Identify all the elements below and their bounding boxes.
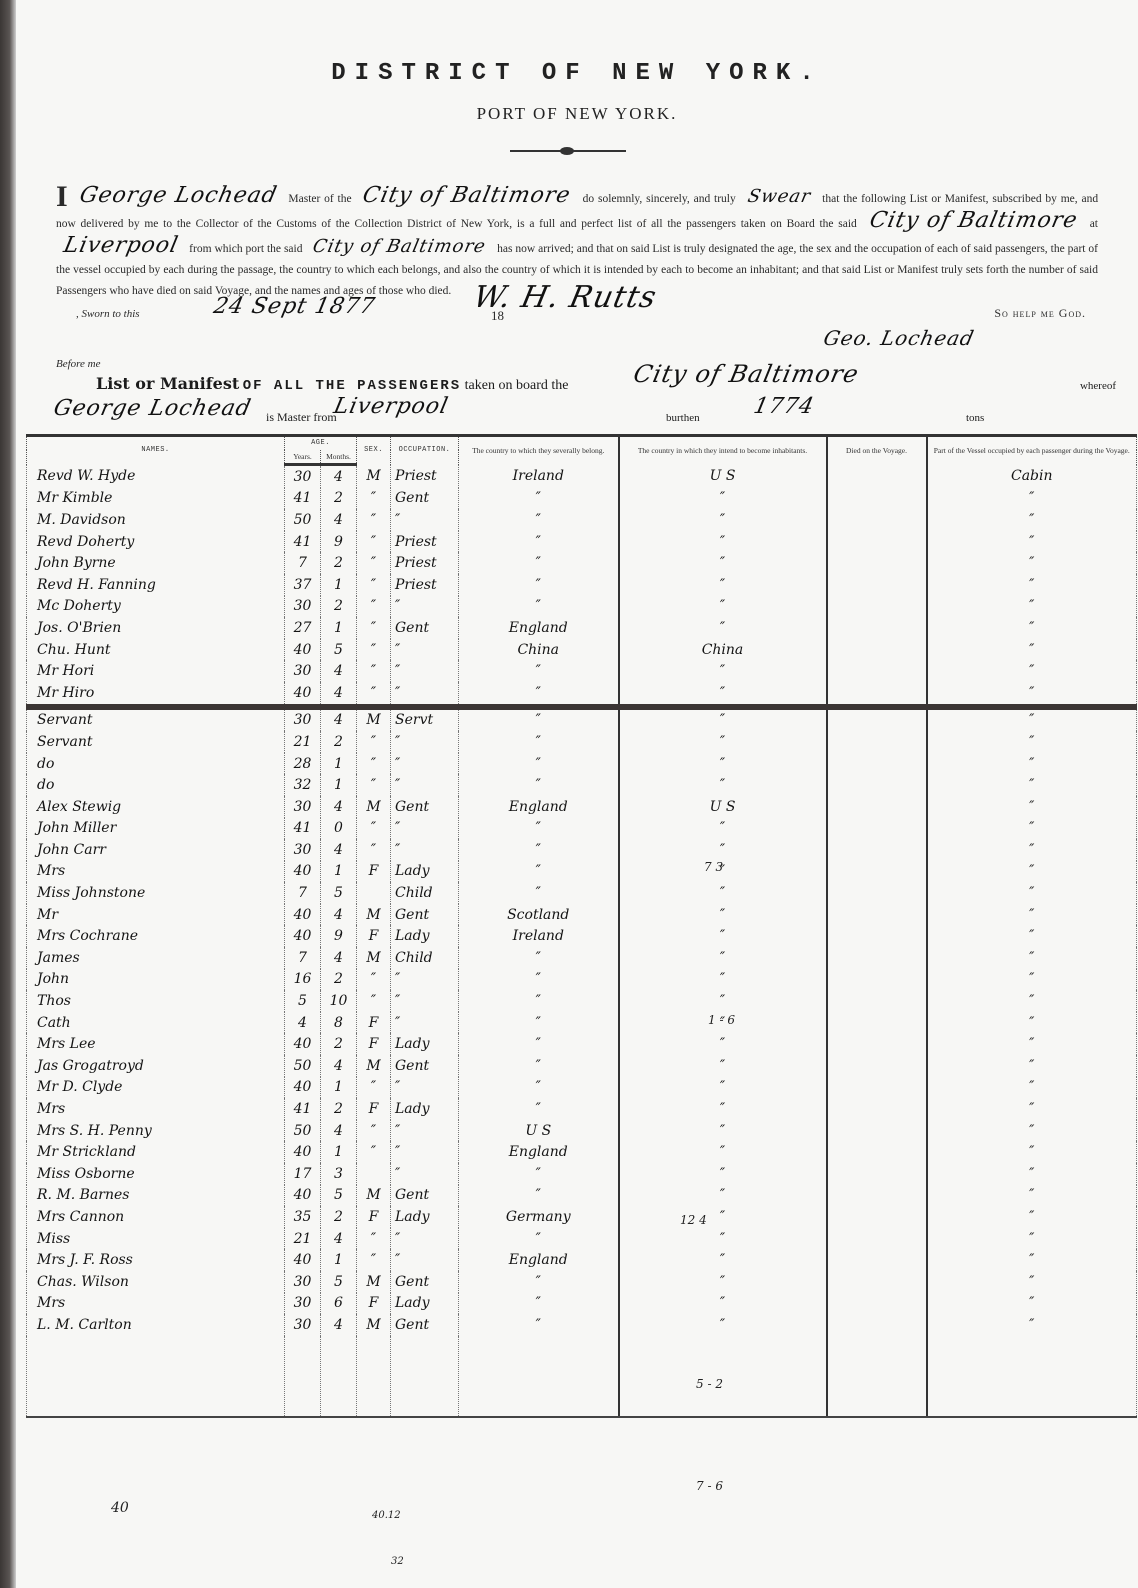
occupation-cell: ″ [391, 1012, 459, 1034]
ship-name-handwritten: City of Baltimore [353, 185, 581, 206]
age-years-cell: 21 [285, 731, 321, 753]
blank-cell [285, 1336, 321, 1417]
occupation-cell: Lady [391, 1033, 459, 1055]
passenger-name-cell: Miss Osborne [27, 1163, 285, 1185]
port-handwritten: Liverpool [323, 394, 459, 419]
age-years-cell: 30 [285, 1293, 321, 1315]
country-inhabit-cell: ″ [619, 1033, 827, 1055]
sex-cell: M [357, 904, 391, 926]
vessel-part-cell: ″ [927, 1077, 1137, 1099]
vessel-part-cell: ″ [927, 1098, 1137, 1120]
sex-cell: F [357, 1012, 391, 1034]
vessel-part-cell: ″ [927, 731, 1137, 753]
occupation-cell: ″ [391, 818, 459, 840]
occupation-cell: ″ [391, 639, 459, 661]
sex-cell: ″ [357, 552, 391, 574]
age-years-cell: 50 [285, 1120, 321, 1142]
total-annotation: 40 [111, 1500, 129, 1516]
country-belong-cell: England [459, 1249, 619, 1271]
table-row: Mr Kimble412″Gent″″″ [27, 488, 1137, 510]
age-months-cell: 1 [321, 1141, 357, 1163]
vessel-part-cell: ″ [927, 882, 1137, 904]
age-months-cell: 3 [321, 1163, 357, 1185]
country-inhabit-cell: ″ [619, 753, 827, 775]
vessel-part-cell: ″ [927, 1206, 1137, 1228]
country-belong-cell: ″ [459, 969, 619, 991]
passenger-name-cell: Mrs Lee [27, 1033, 285, 1055]
table-row: do281″″″″″ [27, 753, 1137, 775]
age-months-cell: 9 [321, 925, 357, 947]
passenger-rows: Revd W. Hyde304MPriestIrelandU SCabinMr … [27, 465, 1137, 1417]
table-row: L. M. Carlton304MGent″″″ [27, 1314, 1137, 1336]
age-months-cell: 4 [321, 682, 357, 707]
passenger-name-cell: M. Davidson [27, 509, 285, 531]
occupation-cell: Lady [391, 1098, 459, 1120]
vessel-part-cell: ″ [927, 969, 1137, 991]
age-months-cell: 5 [321, 1271, 357, 1293]
sex-cell: M [357, 947, 391, 969]
country-inhabit-cell: ″ [619, 882, 827, 904]
vessel-part-cell: ″ [927, 660, 1137, 682]
country-inhabit-cell: ″ [619, 1163, 827, 1185]
age-years-cell: 30 [285, 1271, 321, 1293]
passenger-name-cell: Jas Grogatroyd [27, 1055, 285, 1077]
age-months-cell: 2 [321, 1098, 357, 1120]
sex-cell: ″ [357, 1077, 391, 1099]
country-belong-cell: ″ [459, 882, 619, 904]
passenger-name-cell: Mrs [27, 1293, 285, 1315]
died-on-voyage-cell [827, 639, 927, 661]
sex-cell: M [357, 1271, 391, 1293]
passenger-name-cell: Revd H. Fanning [27, 574, 285, 596]
master-name-handwritten: George Lochead [43, 396, 261, 421]
table-row: John162″″″″″ [27, 969, 1137, 991]
vessel-part-cell: ″ [927, 1120, 1137, 1142]
passenger-name-cell: Mrs J. F. Ross [27, 1249, 285, 1271]
country-inhabit-cell: ″ [619, 818, 827, 840]
country-belong-cell: ″ [459, 1163, 619, 1185]
passenger-name-cell: John Carr [27, 839, 285, 861]
table-row: do321″″″″″ [27, 774, 1137, 796]
departure-port-handwritten: Liverpool [54, 235, 189, 256]
manifest-heading-tail: taken on board the [465, 378, 569, 393]
age-months-cell: 1 [321, 861, 357, 883]
age-years-cell: 7 [285, 552, 321, 574]
country-belong-cell: ″ [459, 947, 619, 969]
table-row: Mr Hori304″″″″″ [27, 660, 1137, 682]
passenger-name-cell: Mr Strickland [27, 1141, 285, 1163]
country-inhabit-cell: ″ [619, 990, 827, 1012]
table-row: M. Davidson504″″″″″ [27, 509, 1137, 531]
age-months-cell: 4 [321, 839, 357, 861]
oath-initial: I [56, 180, 68, 213]
country-inhabit-cell: ″ [619, 1293, 827, 1315]
age-months-cell: 6 [321, 1293, 357, 1315]
died-on-voyage-cell [827, 904, 927, 926]
vessel-part-cell: Cabin [927, 465, 1137, 488]
age-months-cell: 5 [321, 882, 357, 904]
died-on-voyage-cell [827, 731, 927, 753]
occupation-cell: ″ [391, 1228, 459, 1250]
country-inhabit-cell: ″ [619, 904, 827, 926]
passenger-name-cell: L. M. Carlton [27, 1314, 285, 1336]
vessel-part-cell: ″ [927, 1055, 1137, 1077]
died-on-voyage-cell [827, 1206, 927, 1228]
sex-cell: ″ [357, 488, 391, 510]
sex-cell [357, 1163, 391, 1185]
age-months-cell: 4 [321, 947, 357, 969]
table-row: Jos. O'Brien271″GentEngland″″ [27, 617, 1137, 639]
country-inhabit-cell: ″ [619, 1098, 827, 1120]
died-on-voyage-cell [827, 1141, 927, 1163]
passenger-name-cell: Mr [27, 904, 285, 926]
sex-cell: ″ [357, 774, 391, 796]
vessel-part-cell: ″ [927, 707, 1137, 732]
passenger-name-cell: Cath [27, 1012, 285, 1034]
vessel-part-cell: ″ [927, 1314, 1137, 1336]
passenger-name-cell: Servant [27, 731, 285, 753]
died-on-voyage-cell [827, 774, 927, 796]
country-belong-cell: Scotland [459, 904, 619, 926]
passenger-name-cell: John Byrne [27, 552, 285, 574]
closing-phrase: So help me God. [994, 306, 1086, 321]
country-inhabit-cell: ″ [619, 1141, 827, 1163]
died-on-voyage-cell [827, 488, 927, 510]
age-months-cell: 1 [321, 774, 357, 796]
occupation-cell: ″ [391, 1077, 459, 1099]
age-years-cell: 32 [285, 774, 321, 796]
died-on-voyage-cell [827, 1249, 927, 1271]
country-belong-cell: ″ [459, 839, 619, 861]
country-belong-cell: England [459, 1141, 619, 1163]
country-inhabit-cell: ″ [619, 488, 827, 510]
col-country-inhabit: The country in which they intend to beco… [619, 436, 827, 465]
col-country-belong: The country to which they severally belo… [459, 436, 619, 465]
country-inhabit-cell: China [619, 639, 827, 661]
occupation-cell: Child [391, 882, 459, 904]
occupation-cell: ″ [391, 1141, 459, 1163]
blank-row [27, 1336, 1137, 1417]
vessel-part-cell: ″ [927, 596, 1137, 618]
vessel-part-cell: ″ [927, 617, 1137, 639]
occupation-cell: ″ [391, 682, 459, 707]
occupation-cell: ″ [391, 1249, 459, 1271]
passenger-name-cell: Alex Stewig [27, 796, 285, 818]
blank-cell [27, 1336, 285, 1417]
died-on-voyage-cell [827, 596, 927, 618]
age-months-cell: 1 [321, 617, 357, 639]
sex-cell: ″ [357, 1249, 391, 1271]
passenger-name-cell: Mrs [27, 1098, 285, 1120]
occupation-cell: ″ [391, 839, 459, 861]
age-months-cell: 1 [321, 1077, 357, 1099]
country-inhabit-cell: ″ [619, 1314, 827, 1336]
sex-cell: F [357, 1206, 391, 1228]
table-row: Miss Johnstone75Child″″″ [27, 882, 1137, 904]
passenger-name-cell: Miss [27, 1228, 285, 1250]
manifest-heading-gothic: List or Manifest [96, 374, 239, 393]
passenger-name-cell: Jos. O'Brien [27, 617, 285, 639]
country-belong-cell: ″ [459, 707, 619, 732]
country-belong-cell: ″ [459, 1055, 619, 1077]
country-belong-cell: ″ [459, 1228, 619, 1250]
country-inhabit-cell: ″ [619, 574, 827, 596]
blank-cell [321, 1336, 357, 1417]
died-on-voyage-cell [827, 1314, 927, 1336]
died-on-voyage-cell [827, 1185, 927, 1207]
passenger-name-cell: Mr Hiro [27, 682, 285, 707]
occupation-cell: ″ [391, 1163, 459, 1185]
table-row: Revd W. Hyde304MPriestIrelandU SCabin [27, 465, 1137, 488]
died-on-voyage-cell [827, 753, 927, 775]
country-belong-cell: Germany [459, 1206, 619, 1228]
died-on-voyage-cell [827, 1228, 927, 1250]
age-months-cell: 4 [321, 1314, 357, 1336]
country-inhabit-cell: U S [619, 465, 827, 488]
country-inhabit-cell: ″ [619, 552, 827, 574]
died-on-voyage-cell [827, 969, 927, 991]
country-belong-cell: ″ [459, 1314, 619, 1336]
age-years-cell: 40 [285, 1185, 321, 1207]
col-names: NAMES. [27, 436, 285, 465]
vessel-part-cell: ″ [927, 1141, 1137, 1163]
age-months-cell: 8 [321, 1012, 357, 1034]
table-row: Mr Strickland401″″England″″ [27, 1141, 1137, 1163]
blank-cell [827, 1336, 927, 1417]
col-sex: SEX. [357, 436, 391, 465]
table-row: Thos510″″″″″ [27, 990, 1137, 1012]
vessel-part-cell: ″ [927, 990, 1137, 1012]
country-belong-cell: ″ [459, 552, 619, 574]
passenger-name-cell: do [27, 774, 285, 796]
vessel-part-cell: ″ [927, 947, 1137, 969]
age-years-cell: 30 [285, 465, 321, 488]
vessel-part-cell: ″ [927, 904, 1137, 926]
sex-cell: ″ [357, 839, 391, 861]
passenger-table: NAMES. AGE. SEX. OCCUPATION. The country… [26, 434, 1137, 1418]
occupation-cell: Gent [391, 1185, 459, 1207]
table-row: Servant212″″″″″ [27, 731, 1137, 753]
col-age: AGE. [285, 436, 357, 451]
age-years-cell: 41 [285, 488, 321, 510]
age-years-cell: 40 [285, 1141, 321, 1163]
table-row: Mr D. Clyde401″″″″″ [27, 1077, 1137, 1099]
col-months: Months. [321, 450, 357, 465]
country-inhabit-cell: ″ [619, 969, 827, 991]
age-years-cell: 37 [285, 574, 321, 596]
passenger-name-cell: do [27, 753, 285, 775]
age-months-cell: 2 [321, 552, 357, 574]
country-inhabit-cell: ″ [619, 774, 827, 796]
occupation-cell: Priest [391, 574, 459, 596]
table-row: Revd H. Fanning371″Priest″″″ [27, 574, 1137, 596]
occupation-cell: Child [391, 947, 459, 969]
country-inhabit-cell: ″ [619, 1206, 827, 1228]
occupation-cell: Priest [391, 465, 459, 488]
table-row: Mrs J. F. Ross401″″England″″ [27, 1249, 1137, 1271]
died-on-voyage-cell [827, 1120, 927, 1142]
age-months-cell: 4 [321, 660, 357, 682]
country-belong-cell: ″ [459, 660, 619, 682]
vessel-part-cell: ″ [927, 639, 1137, 661]
sex-cell: ″ [357, 509, 391, 531]
passenger-name-cell: Mc Doherty [27, 596, 285, 618]
country-inhabit-cell: ″ [619, 1249, 827, 1271]
passenger-name-cell: Mrs [27, 861, 285, 883]
died-on-voyage-cell [827, 682, 927, 707]
table-row: John Miller410″″″″″ [27, 818, 1137, 840]
died-on-voyage-cell [827, 818, 927, 840]
country-inhabit-cell: ″ [619, 1271, 827, 1293]
passenger-name-cell: John Miller [27, 818, 285, 840]
age-years-cell: 35 [285, 1206, 321, 1228]
age-years-cell: 27 [285, 617, 321, 639]
age-months-cell: 2 [321, 488, 357, 510]
table-row: Alex Stewig304MGentEnglandU S″ [27, 796, 1137, 818]
died-on-voyage-cell [827, 1098, 927, 1120]
age-months-cell: 4 [321, 1228, 357, 1250]
document-subtitle: PORT OF NEW YORK. [16, 104, 1138, 124]
oath-text: at [1090, 218, 1098, 230]
occupation-cell: Lady [391, 1293, 459, 1315]
age-months-cell: 1 [321, 1249, 357, 1271]
country-inhabit-cell: ″ [619, 617, 827, 639]
whereof-label: whereof [1080, 380, 1116, 392]
table-row: Mr404MGentScotland″″ [27, 904, 1137, 926]
died-on-voyage-cell [827, 1012, 927, 1034]
occupation-cell: Gent [391, 1271, 459, 1293]
margin-mark: 7 - 6 [696, 1479, 723, 1493]
age-years-cell: 40 [285, 904, 321, 926]
country-belong-cell: Ireland [459, 465, 619, 488]
passenger-name-cell: Thos [27, 990, 285, 1012]
sex-cell: M [357, 465, 391, 488]
country-belong-cell: ″ [459, 1293, 619, 1315]
died-on-voyage-cell [827, 861, 927, 883]
died-on-voyage-cell [827, 660, 927, 682]
sex-cell: F [357, 861, 391, 883]
died-on-voyage-cell [827, 839, 927, 861]
occupation-cell: Servt [391, 707, 459, 732]
occupation-cell: Gent [391, 617, 459, 639]
vessel-part-cell: ″ [927, 509, 1137, 531]
vessel-part-cell: ″ [927, 861, 1137, 883]
age-months-cell: 4 [321, 796, 357, 818]
died-on-voyage-cell [827, 1271, 927, 1293]
sex-cell: ″ [357, 1120, 391, 1142]
vessel-part-cell: ″ [927, 1293, 1137, 1315]
occupation-cell: Gent [391, 1314, 459, 1336]
died-on-voyage-cell [827, 465, 927, 488]
sex-cell: ″ [357, 531, 391, 553]
burthen-label: burthen [666, 412, 700, 424]
age-months-cell: 10 [321, 990, 357, 1012]
age-years-cell: 7 [285, 882, 321, 904]
sex-cell: ″ [357, 731, 391, 753]
margin-mark: 1 - 6 [708, 1013, 735, 1027]
died-on-voyage-cell [827, 796, 927, 818]
occupation-cell: Gent [391, 904, 459, 926]
col-years: Years. [285, 450, 321, 465]
occupation-cell: Priest [391, 552, 459, 574]
country-belong-cell: ″ [459, 682, 619, 707]
died-on-voyage-cell [827, 707, 927, 732]
died-on-voyage-cell [827, 1033, 927, 1055]
age-years-cell: 40 [285, 682, 321, 707]
occupation-cell: ″ [391, 774, 459, 796]
sex-cell: ″ [357, 660, 391, 682]
collector-signature: W. H. Rutts [462, 280, 668, 315]
died-on-voyage-cell [827, 531, 927, 553]
sex-cell: F [357, 1293, 391, 1315]
blank-cell [391, 1336, 459, 1417]
age-months-cell: 4 [321, 707, 357, 732]
age-months-cell: 4 [321, 904, 357, 926]
died-on-voyage-cell [827, 574, 927, 596]
sex-cell: M [357, 1185, 391, 1207]
margin-mark: 7 3 [704, 860, 723, 874]
age-years-cell: 30 [285, 1314, 321, 1336]
table-row: John Byrne72″Priest″″″ [27, 552, 1137, 574]
manifest-heading-caps: OF ALL THE PASSENGERS [243, 378, 461, 394]
died-on-voyage-cell [827, 617, 927, 639]
age-months-cell: 2 [321, 1033, 357, 1055]
age-years-cell: 28 [285, 753, 321, 775]
sex-cell: M [357, 1055, 391, 1077]
country-inhabit-cell: ″ [619, 947, 827, 969]
table-row: R. M. Barnes405MGent″″″ [27, 1185, 1137, 1207]
country-belong-cell: ″ [459, 1185, 619, 1207]
country-belong-cell: U S [459, 1120, 619, 1142]
country-inhabit-cell: ″ [619, 839, 827, 861]
manifest-page: DISTRICT OF NEW YORK. PORT OF NEW YORK. … [16, 0, 1138, 1588]
table-row: Revd Doherty419″Priest″″″ [27, 531, 1137, 553]
age-years-cell: 5 [285, 990, 321, 1012]
country-belong-cell: England [459, 796, 619, 818]
vessel-part-cell: ″ [927, 1228, 1137, 1250]
passenger-name-cell: Mr Hori [27, 660, 285, 682]
table-row: Miss Osborne173″″″″ [27, 1163, 1137, 1185]
country-belong-cell: ″ [459, 1033, 619, 1055]
scan-edge-shadow [0, 0, 16, 1588]
table-row: Jas Grogatroyd504MGent″″″ [27, 1055, 1137, 1077]
died-on-voyage-cell [827, 1055, 927, 1077]
sex-cell: F [357, 1098, 391, 1120]
tally-annotation-below: 32 [391, 1556, 404, 1567]
country-belong-cell: ″ [459, 1012, 619, 1034]
age-years-cell: 30 [285, 796, 321, 818]
before-me-label: Before me [56, 358, 101, 370]
age-years-cell: 30 [285, 660, 321, 682]
age-months-cell: 4 [321, 465, 357, 488]
sex-cell: ″ [357, 596, 391, 618]
table-row: Mrs306FLady″″″ [27, 1293, 1137, 1315]
died-on-voyage-cell [827, 1293, 927, 1315]
oath-text: Master of the [288, 193, 351, 205]
vessel-part-cell: ″ [927, 1033, 1137, 1055]
age-years-cell: 40 [285, 925, 321, 947]
table-row: Servant304MServt″″″ [27, 707, 1137, 732]
country-belong-cell: ″ [459, 488, 619, 510]
vessel-part-cell: ″ [927, 1271, 1137, 1293]
passenger-name-cell: James [27, 947, 285, 969]
passenger-name-cell: Miss Johnstone [27, 882, 285, 904]
age-months-cell: 2 [321, 1206, 357, 1228]
sworn-label: , Sworn to this [76, 308, 140, 320]
country-belong-cell: ″ [459, 1271, 619, 1293]
country-belong-cell: ″ [459, 1098, 619, 1120]
country-belong-cell: England [459, 617, 619, 639]
